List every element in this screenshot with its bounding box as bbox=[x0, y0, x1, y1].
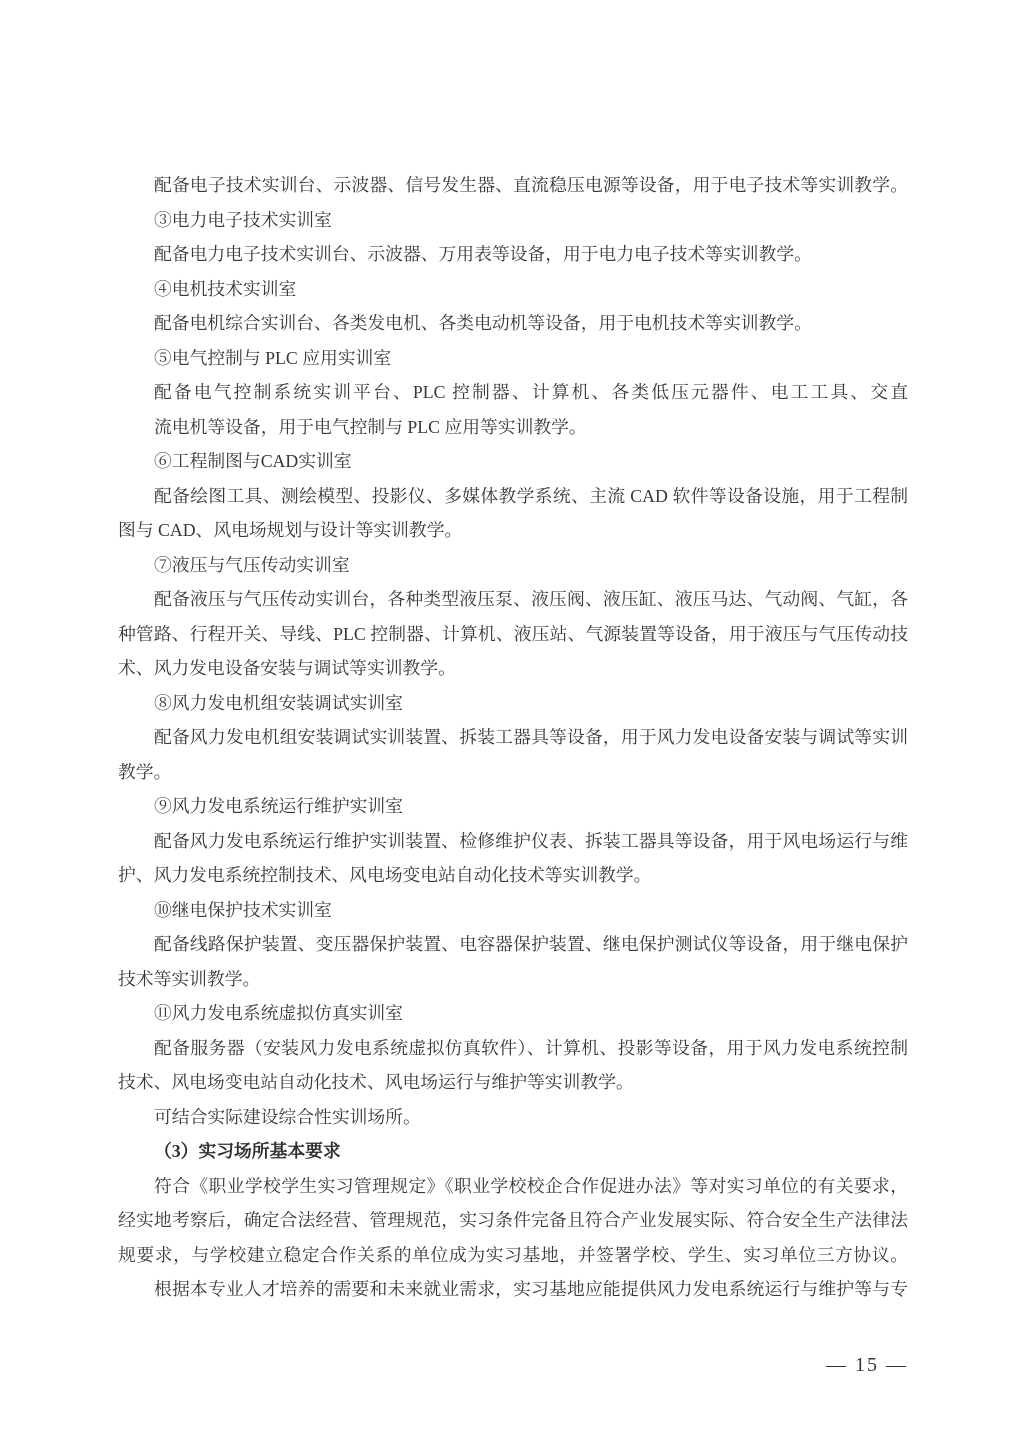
text-line: ⑨风力发电系统运行维护实训室 bbox=[118, 789, 908, 824]
text-line: 配备绘图工具、测绘模型、投影仪、多媒体教学系统、主流 CAD 软件等设备设施，用… bbox=[118, 479, 908, 514]
text-line: ⑥工程制图与CAD实训室 bbox=[118, 444, 908, 479]
document-page: 配备电子技术实训台、示波器、信号发生器、直流稳压电源等设备，用于电子技术等实训教… bbox=[0, 0, 1024, 1448]
text-line: 配备风力发电系统运行维护实训装置、检修维护仪表、拆装工器具等设备，用于风电场运行… bbox=[118, 824, 908, 859]
text-line: 流电机等设备，用于电气控制与 PLC 应用等实训教学。 bbox=[118, 410, 908, 445]
text-line: ⑩继电保护技术实训室 bbox=[118, 893, 908, 928]
text-line: 根据本专业人才培养的需要和未来就业需求，实习基地应能提供风力发电系统运行与维护等… bbox=[118, 1272, 908, 1307]
text-line: 种管路、行程开关、导线、PLC 控制器、计算机、液压站、气源装置等设备，用于液压… bbox=[118, 617, 908, 652]
text-line: 配备电子技术实训台、示波器、信号发生器、直流稳压电源等设备，用于电子技术等实训教… bbox=[118, 168, 908, 203]
text-line: 配备电气控制系统实训平台、PLC 控制器、计算机、各类低压元器件、电工工具、交直 bbox=[118, 375, 908, 410]
text-line: 配备线路保护装置、变压器保护装置、电容器保护装置、继电保护测试仪等设备，用于继电… bbox=[118, 927, 908, 962]
text-line: ③电力电子技术实训室 bbox=[118, 203, 908, 238]
text-line: 规要求，与学校建立稳定合作关系的单位成为实习基地，并签署学校、学生、实习单位三方… bbox=[118, 1238, 908, 1273]
text-line: 配备液压与气压传动实训台，各种类型液压泵、液压阀、液压缸、液压马达、气动阀、气缸… bbox=[118, 582, 908, 617]
text-line: 配备电力电子技术实训台、示波器、万用表等设备，用于电力电子技术等实训教学。 bbox=[118, 237, 908, 272]
text-line: 护、风力发电系统控制技术、风电场变电站自动化技术等实训教学。 bbox=[118, 858, 908, 893]
text-line: 技术等实训教学。 bbox=[118, 962, 908, 997]
page-number: — 15 — bbox=[826, 1354, 908, 1376]
document-body: 配备电子技术实训台、示波器、信号发生器、直流稳压电源等设备，用于电子技术等实训教… bbox=[118, 168, 908, 1307]
text-line: 配备电机综合实训台、各类发电机、各类电动机等设备，用于电机技术等实训教学。 bbox=[118, 306, 908, 341]
text-line: 符合《职业学校学生实习管理规定》《职业学校校企合作促进办法》等对实习单位的有关要… bbox=[118, 1169, 908, 1204]
section-heading: （3）实习场所基本要求 bbox=[118, 1134, 908, 1169]
text-line: ⑧风力发电机组安装调试实训室 bbox=[118, 686, 908, 721]
text-line: ⑤电气控制与 PLC 应用实训室 bbox=[118, 341, 908, 376]
text-line: 配备风力发电机组安装调试实训装置、拆装工器具等设备，用于风力发电设备安装与调试等… bbox=[118, 720, 908, 755]
text-line: ④电机技术实训室 bbox=[118, 272, 908, 307]
text-line: 可结合实际建设综合性实训场所。 bbox=[118, 1100, 908, 1135]
text-line: 配备服务器（安装风力发电系统虚拟仿真软件）、计算机、投影等设备，用于风力发电系统… bbox=[118, 1031, 908, 1066]
text-line: ⑪风力发电系统虚拟仿真实训室 bbox=[118, 996, 908, 1031]
page-footer: — 15 — bbox=[118, 1350, 908, 1380]
text-line: 技术、风电场变电站自动化技术、风电场运行与维护等实训教学。 bbox=[118, 1065, 908, 1100]
text-line: 经实地考察后，确定合法经营、管理规范，实习条件完备且符合产业发展实际、符合安全生… bbox=[118, 1203, 908, 1238]
text-line: 教学。 bbox=[118, 755, 908, 790]
text-line: 术、风力发电设备安装与调试等实训教学。 bbox=[118, 651, 908, 686]
text-line: 图与 CAD、风电场规划与设计等实训教学。 bbox=[118, 513, 908, 548]
text-line: ⑦液压与气压传动实训室 bbox=[118, 548, 908, 583]
